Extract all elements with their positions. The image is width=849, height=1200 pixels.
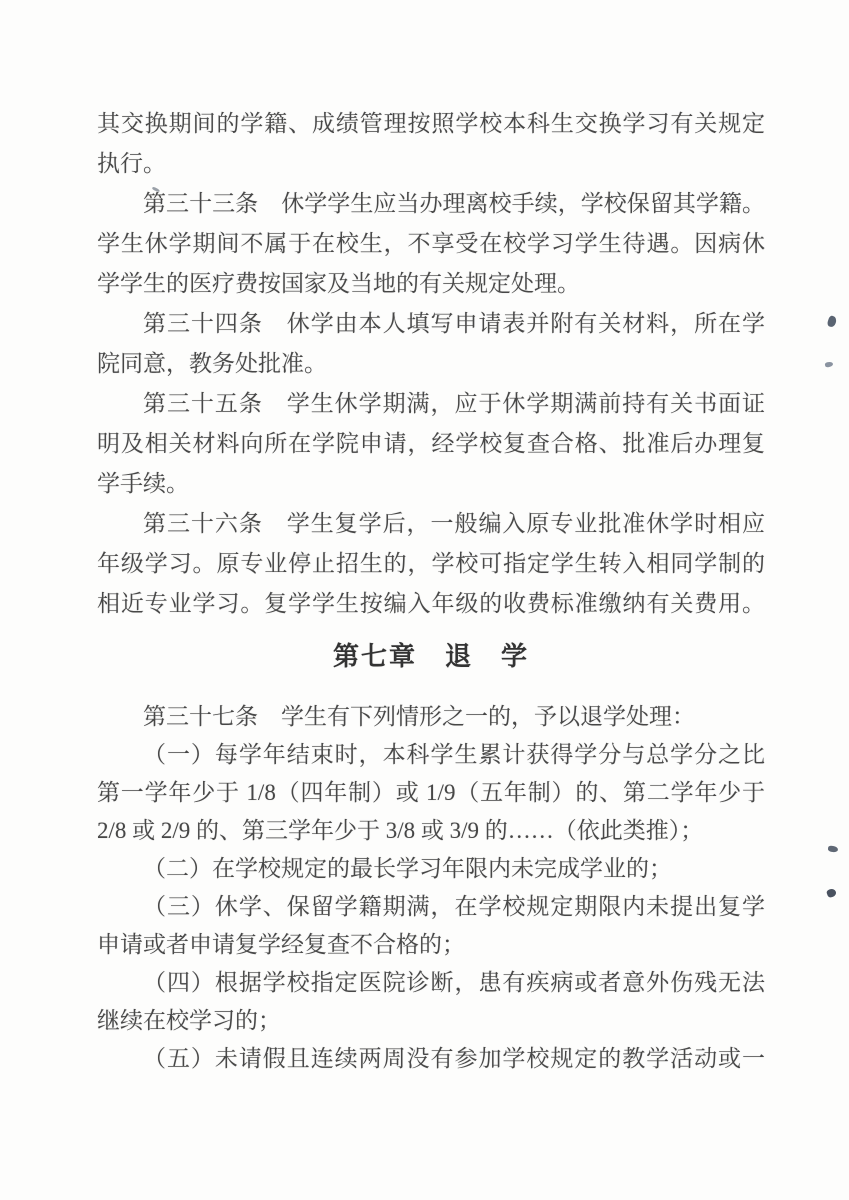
text-line: 第一学年少于 1/8（四年制）或 1/9（五年制）的、第二学年少于 [97, 774, 765, 812]
text-line: 继续在校学习的； [97, 1002, 765, 1040]
article-35-line: 第三十五条 学生休学期满，应于休学期满前持有关书面证 [97, 384, 765, 424]
article-37-line: 第三十七条 学生有下列情形之一的，予以退学处理： [97, 698, 765, 736]
scanned-document-page: 其交换期间的学籍、成绩管理按照学校本科生交换学习有关规定 执行。 第三十三条 休… [0, 0, 849, 1200]
text-line: 学生休学期间不属于在校生，不享受在校学习学生待遇。因病休 [97, 224, 765, 264]
document-body: 其交换期间的学籍、成绩管理按照学校本科生交换学习有关规定 执行。 第三十三条 休… [97, 104, 765, 1078]
text-line: 其交换期间的学籍、成绩管理按照学校本科生交换学习有关规定 [97, 104, 765, 144]
text-line: 年级学习。原专业停止招生的，学校可指定学生转入相同学制的 [97, 544, 765, 584]
clause-1-line: （一）每学年结束时，本科学生累计获得学分与总学分之比 [97, 736, 765, 774]
article-34-line: 第三十四条 休学由本人填写申请表并附有关材料，所在学 [97, 304, 765, 344]
scan-speck [828, 845, 839, 852]
text-line: 申请或者申请复学经复查不合格的； [97, 926, 765, 964]
clause-5-line: （五）未请假且连续两周没有参加学校规定的教学活动或一 [97, 1040, 765, 1078]
text-line: 学学生的医疗费按国家及当地的有关规定处理。 [97, 264, 765, 304]
clause-2-line: （二）在学校规定的最长学习年限内未完成学业的； [97, 850, 765, 888]
chapter-heading: 第七章 退 学 [97, 636, 765, 676]
article-36-line: 第三十六条 学生复学后，一般编入原专业批准休学时相应 [97, 504, 765, 544]
article-33-line: 第三十三条 休学学生应当办理离校手续，学校保留其学籍。 [97, 184, 765, 224]
text-line: 2/8 或 2/9 的、第三学年少于 3/8 或 3/9 的……（依此类推）； [97, 812, 765, 850]
scan-speck [826, 315, 837, 328]
text-line: 相近专业学习。复学学生按编入年级的收费标准缴纳有关费用。 [97, 584, 765, 624]
section-withdrawal: 第三十七条 学生有下列情形之一的，予以退学处理： （一）每学年结束时，本科学生累… [97, 698, 765, 1078]
text-line: 明及相关材料向所在学院申请，经学校复查合格、批准后办理复 [97, 424, 765, 464]
clause-4-line: （四）根据学校指定医院诊断，患有疾病或者意外伤残无法 [97, 964, 765, 1002]
clause-3-line: （三）休学、保留学籍期满，在学校规定期限内未提出复学 [97, 888, 765, 926]
text-line: 院同意，教务处批准。 [97, 344, 765, 384]
section-leave-of-absence: 其交换期间的学籍、成绩管理按照学校本科生交换学习有关规定 执行。 第三十三条 休… [97, 104, 765, 624]
scan-speck [825, 361, 834, 368]
text-line: 执行。 [97, 144, 765, 184]
scan-speck [826, 888, 837, 899]
text-line: 学手续。 [97, 464, 765, 504]
